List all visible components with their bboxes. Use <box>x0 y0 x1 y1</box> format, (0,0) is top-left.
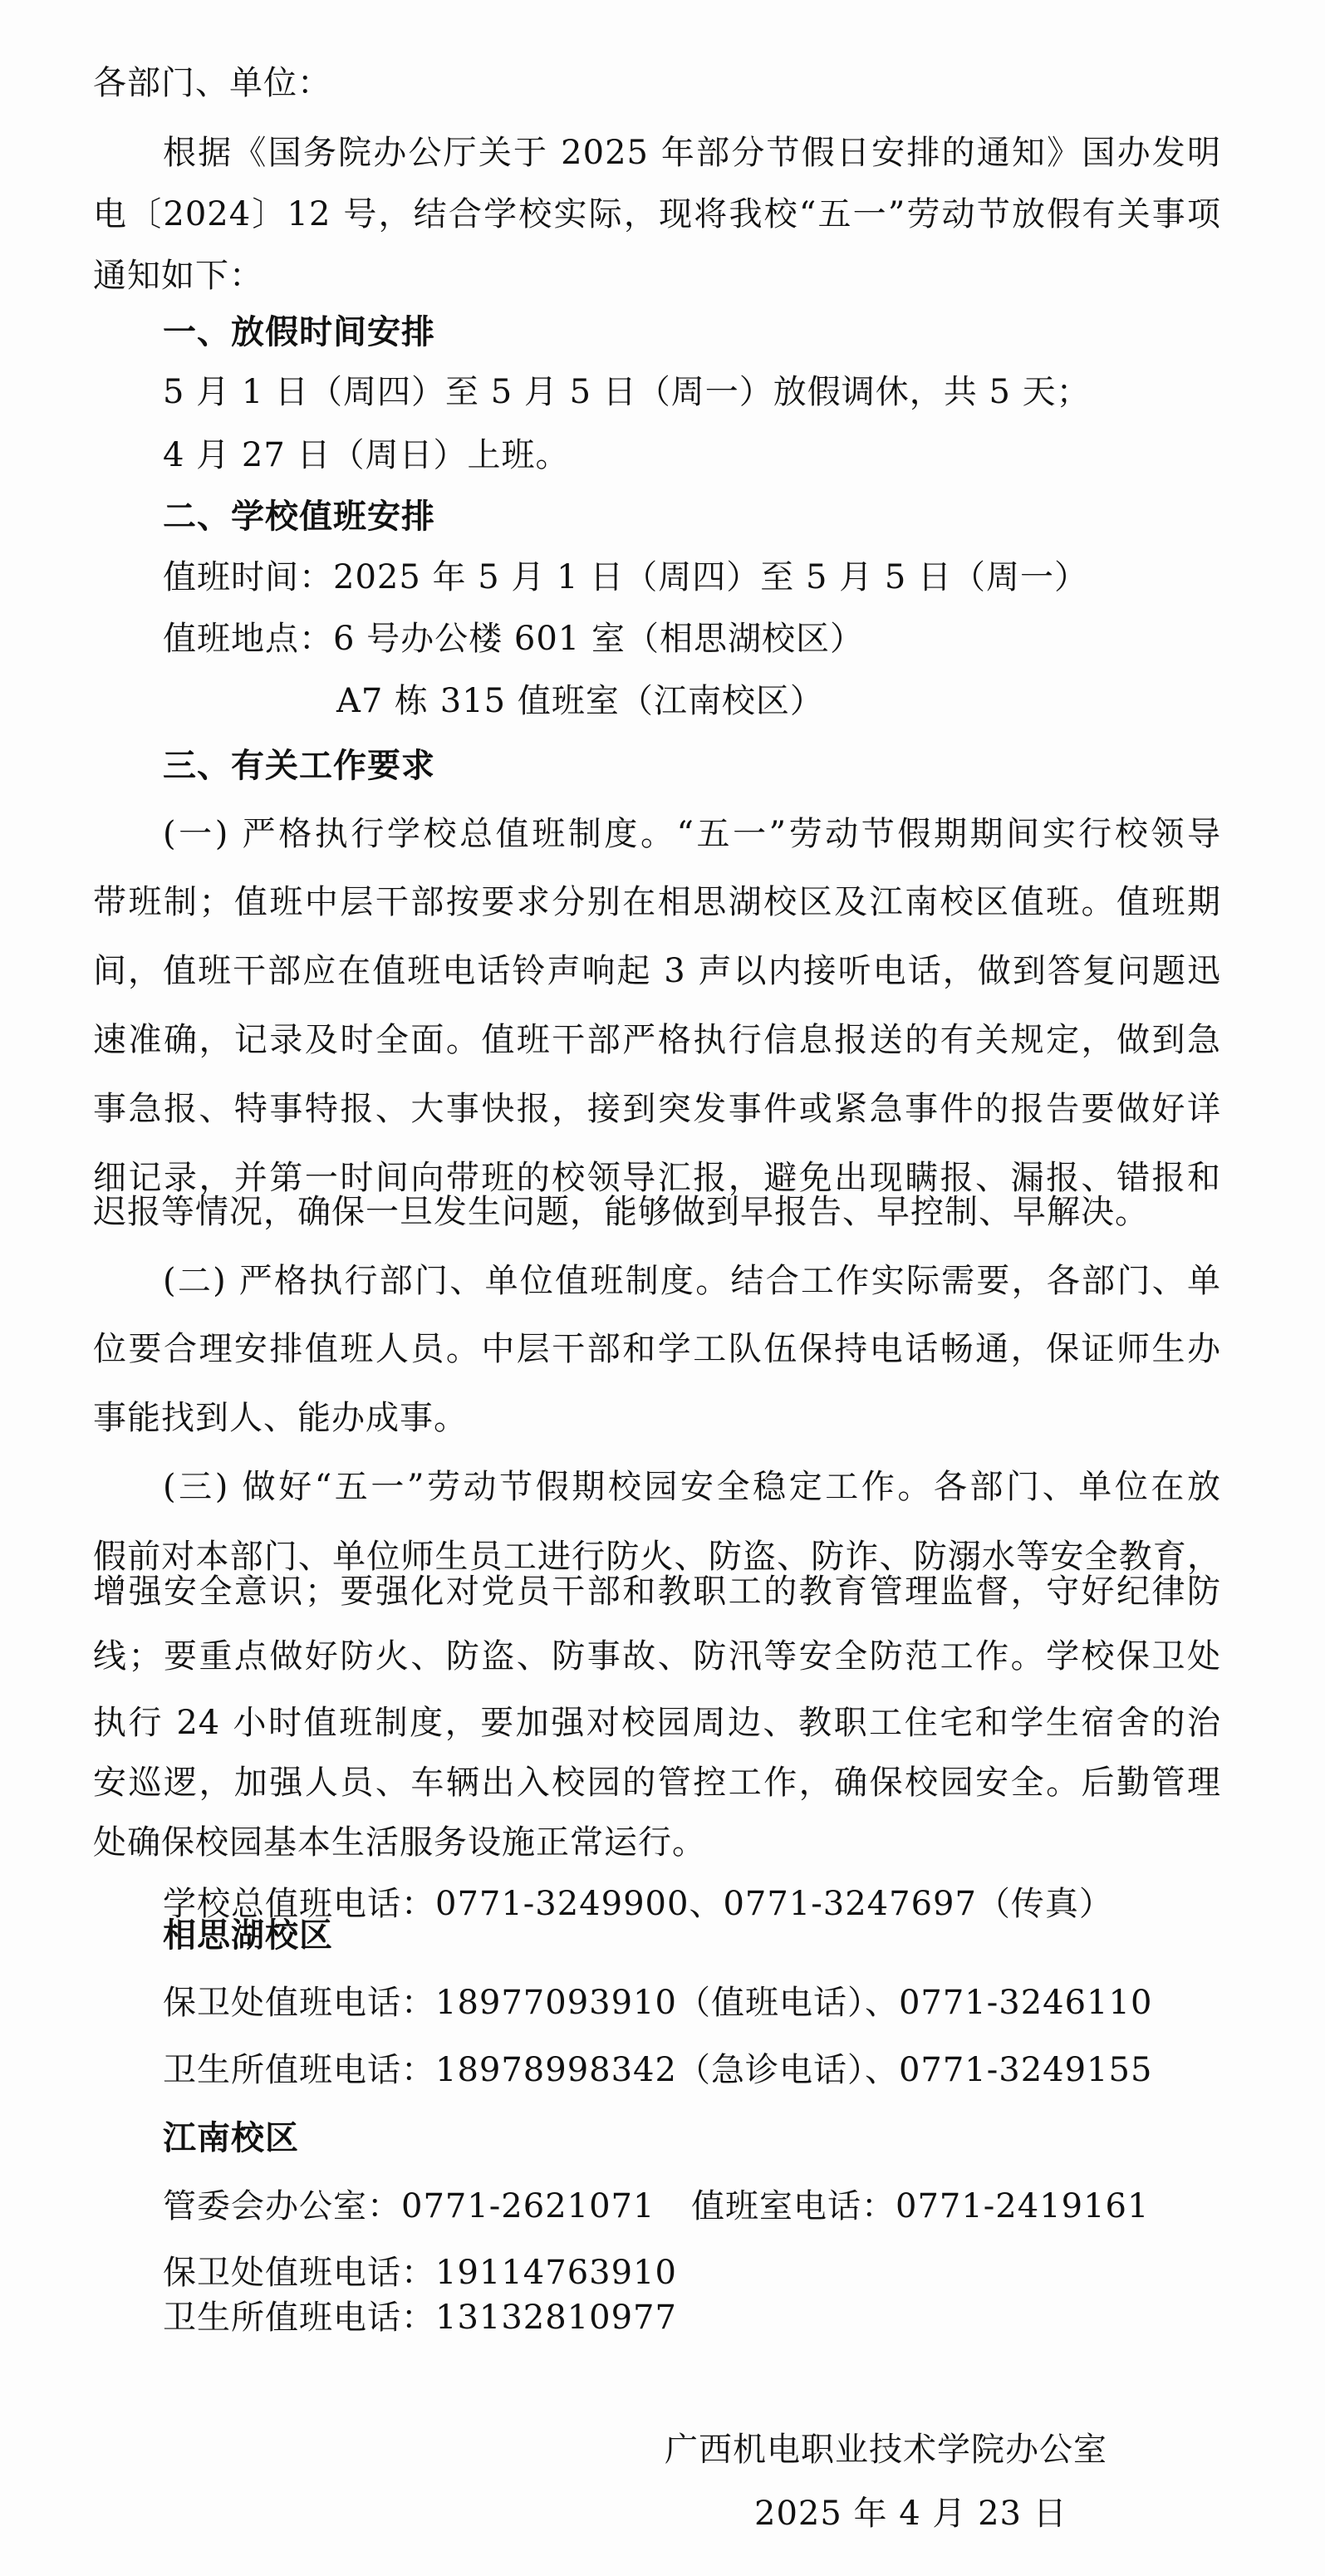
para-line: (一) 严格执行学校总值班制度。“五一”劳动节假期期间实行校领导 <box>163 814 1221 854</box>
intro-line: 根据《国务院办公厅关于 2025 年部分节假日安排的通知》国办发明 <box>163 133 1221 173</box>
campus-heading: 江南校区 <box>163 2118 299 2158</box>
para-line: 执行 24 小时值班制度，要加强对校园周边、教职工住宅和学生宿舍的治 <box>93 1703 1221 1743</box>
duty-place: A7 栋 315 值班室（江南校区） <box>336 681 824 721</box>
body-line: 4 月 27 日（周日）上班。 <box>163 435 570 475</box>
intro-line: 电〔2024〕12 号，结合学校实际，现将我校“五一”劳动节放假有关事项 <box>93 194 1221 234</box>
signature-date: 2025 年 4 月 23 日 <box>754 2494 1067 2534</box>
para-line: 带班制；值班中层干部按要求分别在相思湖校区及江南校区值班。值班期 <box>93 882 1221 922</box>
para-line: 假前对本部门、单位师生员工进行防火、防盗、防诈、防溺水等安全教育， <box>93 1537 1221 1577</box>
clinic-phone: 卫生所值班电话：13132810977 <box>163 2298 677 2338</box>
para-line: 迟报等情况，确保一旦发生问题，能够做到早报告、早控制、早解决。 <box>93 1192 1149 1232</box>
signature-org: 广西机电职业技术学院办公室 <box>665 2430 1107 2470</box>
para-line: 处确保校园基本生活服务设施正常运行。 <box>93 1823 706 1862</box>
para-line: 线；要重点做好防火、防盗、防事故、防汛等安全防范工作。学校保卫处 <box>93 1636 1221 1676</box>
duty-room-phone: 值班室电话：0771-2419161 <box>691 2186 1149 2226</box>
salutation: 各部门、单位： <box>93 63 331 103</box>
para-line: 间，值班干部应在值班电话铃声响起 3 声以内接听电话，做到答复问题迅 <box>93 951 1221 991</box>
section-heading: 一、放假时间安排 <box>163 312 435 352</box>
intro-line: 通知如下： <box>93 256 263 296</box>
para-line: (三) 做好“五一”劳动节假期校园安全稳定工作。各部门、单位在放 <box>163 1467 1221 1507</box>
campus-heading: 相思湖校区 <box>163 1916 333 1955</box>
clinic-phone: 卫生所值班电话：18978998342（急诊电话）、0771-3249155 <box>163 2050 1152 2090</box>
para-line: 事能找到人、能办成事。 <box>93 1398 468 1438</box>
para-line: (二) 严格执行部门、单位值班制度。结合工作实际需要，各部门、单 <box>163 1261 1221 1301</box>
para-line: 安巡逻，加强人员、车辆出入校园的管控工作，确保校园安全。后勤管理 <box>93 1763 1221 1803</box>
para-line: 位要合理安排值班人员。中层干部和学工队伍保持电话畅通，保证师生办 <box>93 1329 1221 1369</box>
section-heading: 二、学校值班安排 <box>163 497 435 537</box>
duty-time: 值班时间：2025 年 5 月 1 日（周四）至 5 月 5 日（周一） <box>163 557 1088 597</box>
para-line: 事急报、特事特报、大事快报，接到突发事件或紧急事件的报告要做好详 <box>93 1089 1221 1129</box>
section-heading: 三、有关工作要求 <box>163 746 435 786</box>
duty-place: 值班地点：6 号办公楼 601 室（相思湖校区） <box>163 619 864 659</box>
office-phone: 管委会办公室：0771-2621071 <box>163 2186 655 2226</box>
body-line: 5 月 1 日（周四）至 5 月 5 日（周一）放假调休，共 5 天； <box>163 372 1091 412</box>
security-phone: 保卫处值班电话：19114763910 <box>163 2253 677 2293</box>
security-phone: 保卫处值班电话：18977093910（值班电话）、0771-3246110 <box>163 1983 1152 2023</box>
para-line: 速准确，记录及时全面。值班干部严格执行信息报送的有关规定，做到急 <box>93 1020 1221 1060</box>
para-line: 增强安全意识；要强化对党员干部和教职工的教育管理监督，守好纪律防 <box>93 1572 1221 1612</box>
